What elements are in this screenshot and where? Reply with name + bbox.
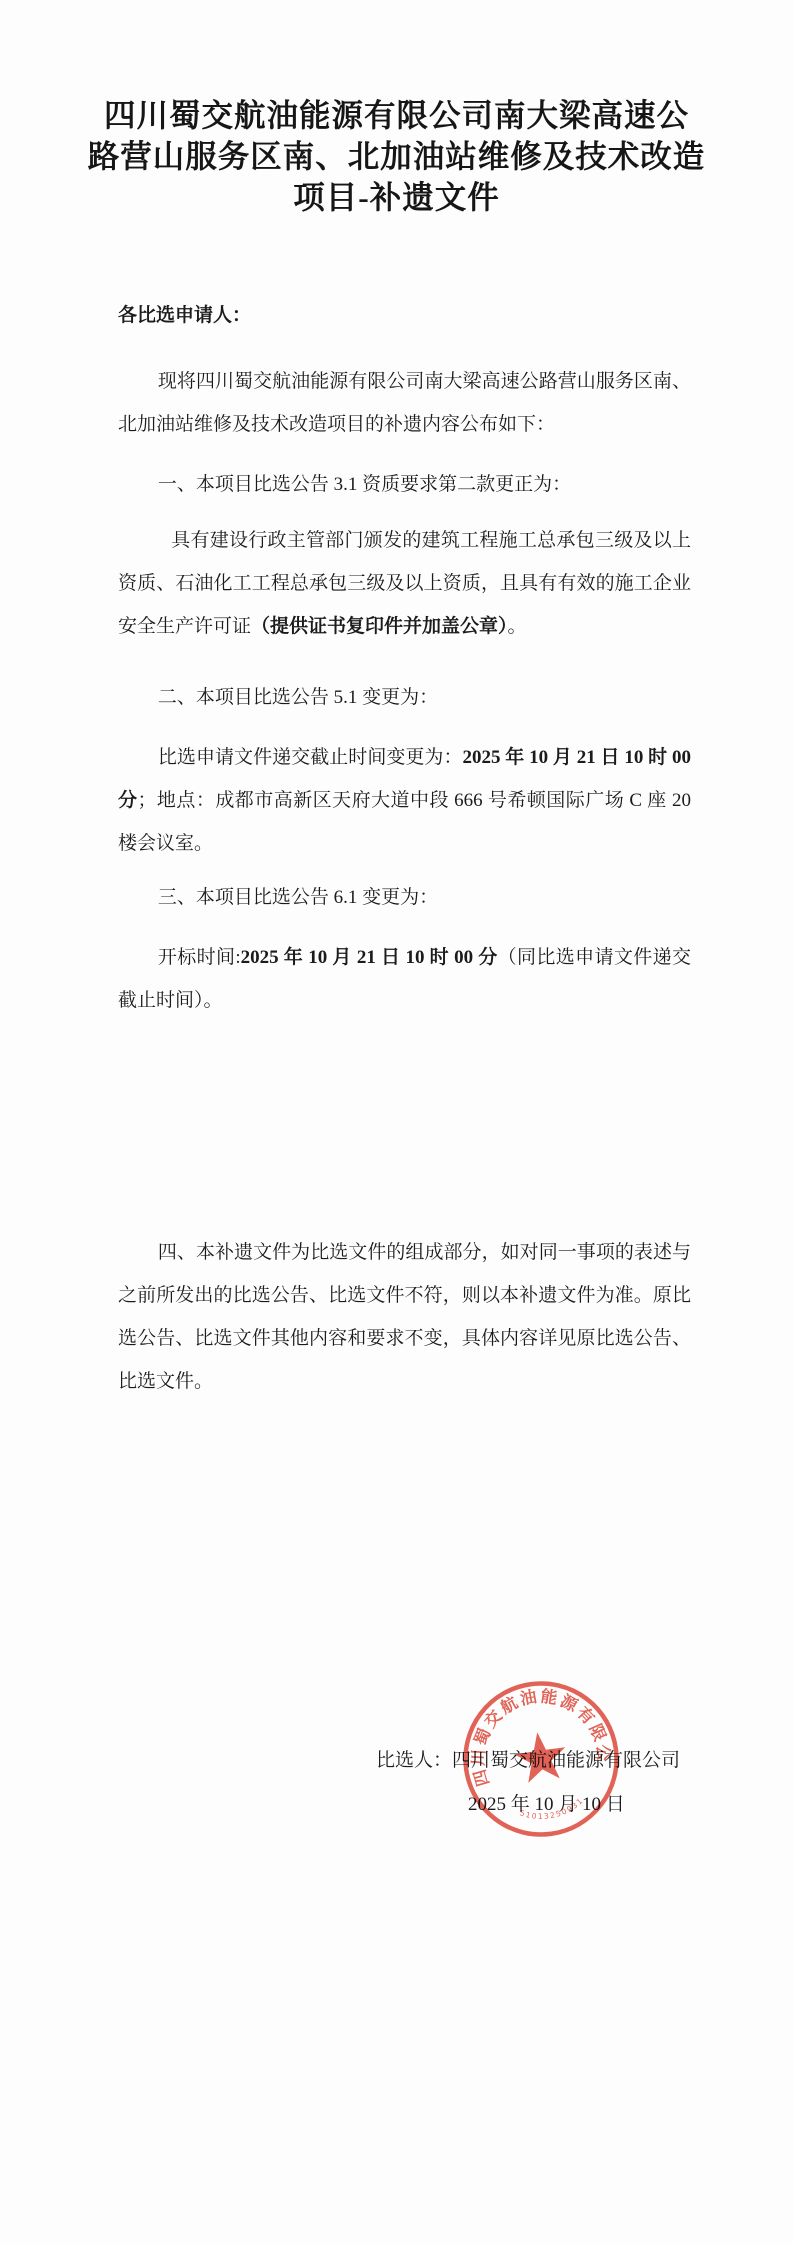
- title-line-2: 路营山服务区南、北加油站维修及技术改造: [62, 136, 731, 177]
- section1-body: 具有建设行政主管部门颁发的建筑工程施工总承包三级及以上资质、石油化工工程总承包三…: [118, 519, 691, 648]
- signature-block: 比选人：四川蜀交航油能源有限公司 2025 年 10 月 10 日: [118, 1739, 691, 1827]
- bold-text-run: 2025 年 10 月 21 日 10 时 00 分: [241, 947, 498, 968]
- section3-body: 开标时间:2025 年 10 月 21 日 10 时 00 分（同比选申请文件递…: [118, 936, 691, 1022]
- title-line-3: 项目-补遗文件: [62, 177, 731, 218]
- text-run: 开标时间:: [158, 947, 241, 968]
- signature-date: 2025 年 10 月 10 日: [468, 1783, 691, 1827]
- document-page: 四川蜀交航油能源有限公司南大梁高速公 路营山服务区南、北加油站维修及技术改造 项…: [0, 0, 793, 2245]
- document-title: 四川蜀交航油能源有限公司南大梁高速公 路营山服务区南、北加油站维修及技术改造 项…: [62, 95, 731, 218]
- title-line-1: 四川蜀交航油能源有限公司南大梁高速公: [62, 95, 731, 136]
- text-run: 。: [508, 616, 527, 637]
- section2-heading: 二、本项目比选公告 5.1 变更为：: [118, 676, 691, 719]
- greeting-line: 各比选申请人：: [118, 294, 691, 337]
- intro-paragraph: 现将四川蜀交航油能源有限公司南大梁高速公路营山服务区南、北加油站维修及技术改造项…: [118, 360, 691, 446]
- section4-paragraph: 四、本补遗文件为比选文件的组成部分，如对同一事项的表述与之前所发出的比选公告、比…: [118, 1231, 691, 1403]
- text-run: 比选申请文件递交截止时间变更为：: [158, 747, 463, 768]
- bold-text-run: （提供证书复印件并加盖公章）: [251, 616, 508, 637]
- section2-body: 比选申请文件递交截止时间变更为：2025 年 10 月 21 日 10 时 00…: [118, 736, 691, 865]
- section1-heading: 一、本项目比选公告 3.1 资质要求第二款更正为：: [118, 463, 691, 506]
- document-body: 各比选申请人： 现将四川蜀交航油能源有限公司南大梁高速公路营山服务区南、北加油站…: [118, 294, 691, 1827]
- signature-bidder: 比选人：四川蜀交航油能源有限公司: [376, 1739, 691, 1783]
- text-run: ；地点：成都市高新区天府大道中段 666 号希顿国际广场 C 座 20 楼会议室…: [118, 790, 691, 854]
- section3-heading: 三、本项目比选公告 6.1 变更为：: [118, 876, 691, 919]
